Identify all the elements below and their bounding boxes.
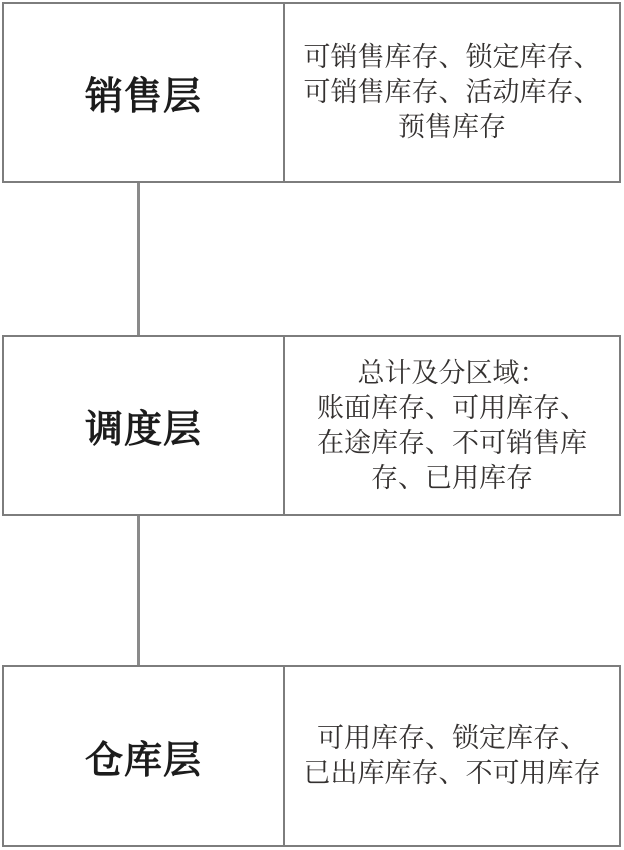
inventory-line: 在途库存、不可销售库 <box>317 426 587 461</box>
inventory-line: 可销售库存、活动库存、 <box>304 75 601 110</box>
inventory-line: 存、已用库存 <box>371 461 533 496</box>
layer-row-sales: 销售层 可销售库存、锁定库存、 可销售库存、活动库存、 预售库存 <box>2 2 621 183</box>
inventory-line: 可销售库存、锁定库存、 <box>304 40 601 75</box>
layer-title-cell-warehouse: 仓库层 <box>4 667 285 845</box>
layer-inventory-cell-warehouse: 可用库存、锁定库存、 已出库库存、不可用库存 <box>285 667 619 845</box>
layer-title-sales: 销售层 <box>85 65 202 120</box>
layer-inventory-cell-dispatch: 总计及分区域： 账面库存、可用库存、 在途库存、不可销售库 存、已用库存 <box>285 337 619 514</box>
inventory-line: 预售库存 <box>398 110 506 145</box>
connector-line-dispatch-warehouse <box>137 516 140 665</box>
layer-title-cell-dispatch: 调度层 <box>4 337 285 514</box>
layer-row-dispatch: 调度层 总计及分区域： 账面库存、可用库存、 在途库存、不可销售库 存、已用库存 <box>2 335 621 516</box>
inventory-line: 已出库库存、不可用库存 <box>304 756 601 791</box>
connector-line-sales-dispatch <box>137 183 140 335</box>
layer-row-warehouse: 仓库层 可用库存、锁定库存、 已出库库存、不可用库存 <box>2 665 621 847</box>
layer-title-cell-sales: 销售层 <box>4 4 285 181</box>
layer-title-warehouse: 仓库层 <box>85 729 202 784</box>
layer-title-dispatch: 调度层 <box>85 398 202 453</box>
inventory-line: 总计及分区域： <box>358 356 547 391</box>
inventory-line: 可用库存、锁定库存、 <box>317 721 587 756</box>
layer-inventory-cell-sales: 可销售库存、锁定库存、 可销售库存、活动库存、 预售库存 <box>285 4 619 181</box>
inventory-line: 账面库存、可用库存、 <box>317 391 587 426</box>
inventory-layers-diagram: 销售层 可销售库存、锁定库存、 可销售库存、活动库存、 预售库存 调度层 总计及… <box>0 0 624 850</box>
